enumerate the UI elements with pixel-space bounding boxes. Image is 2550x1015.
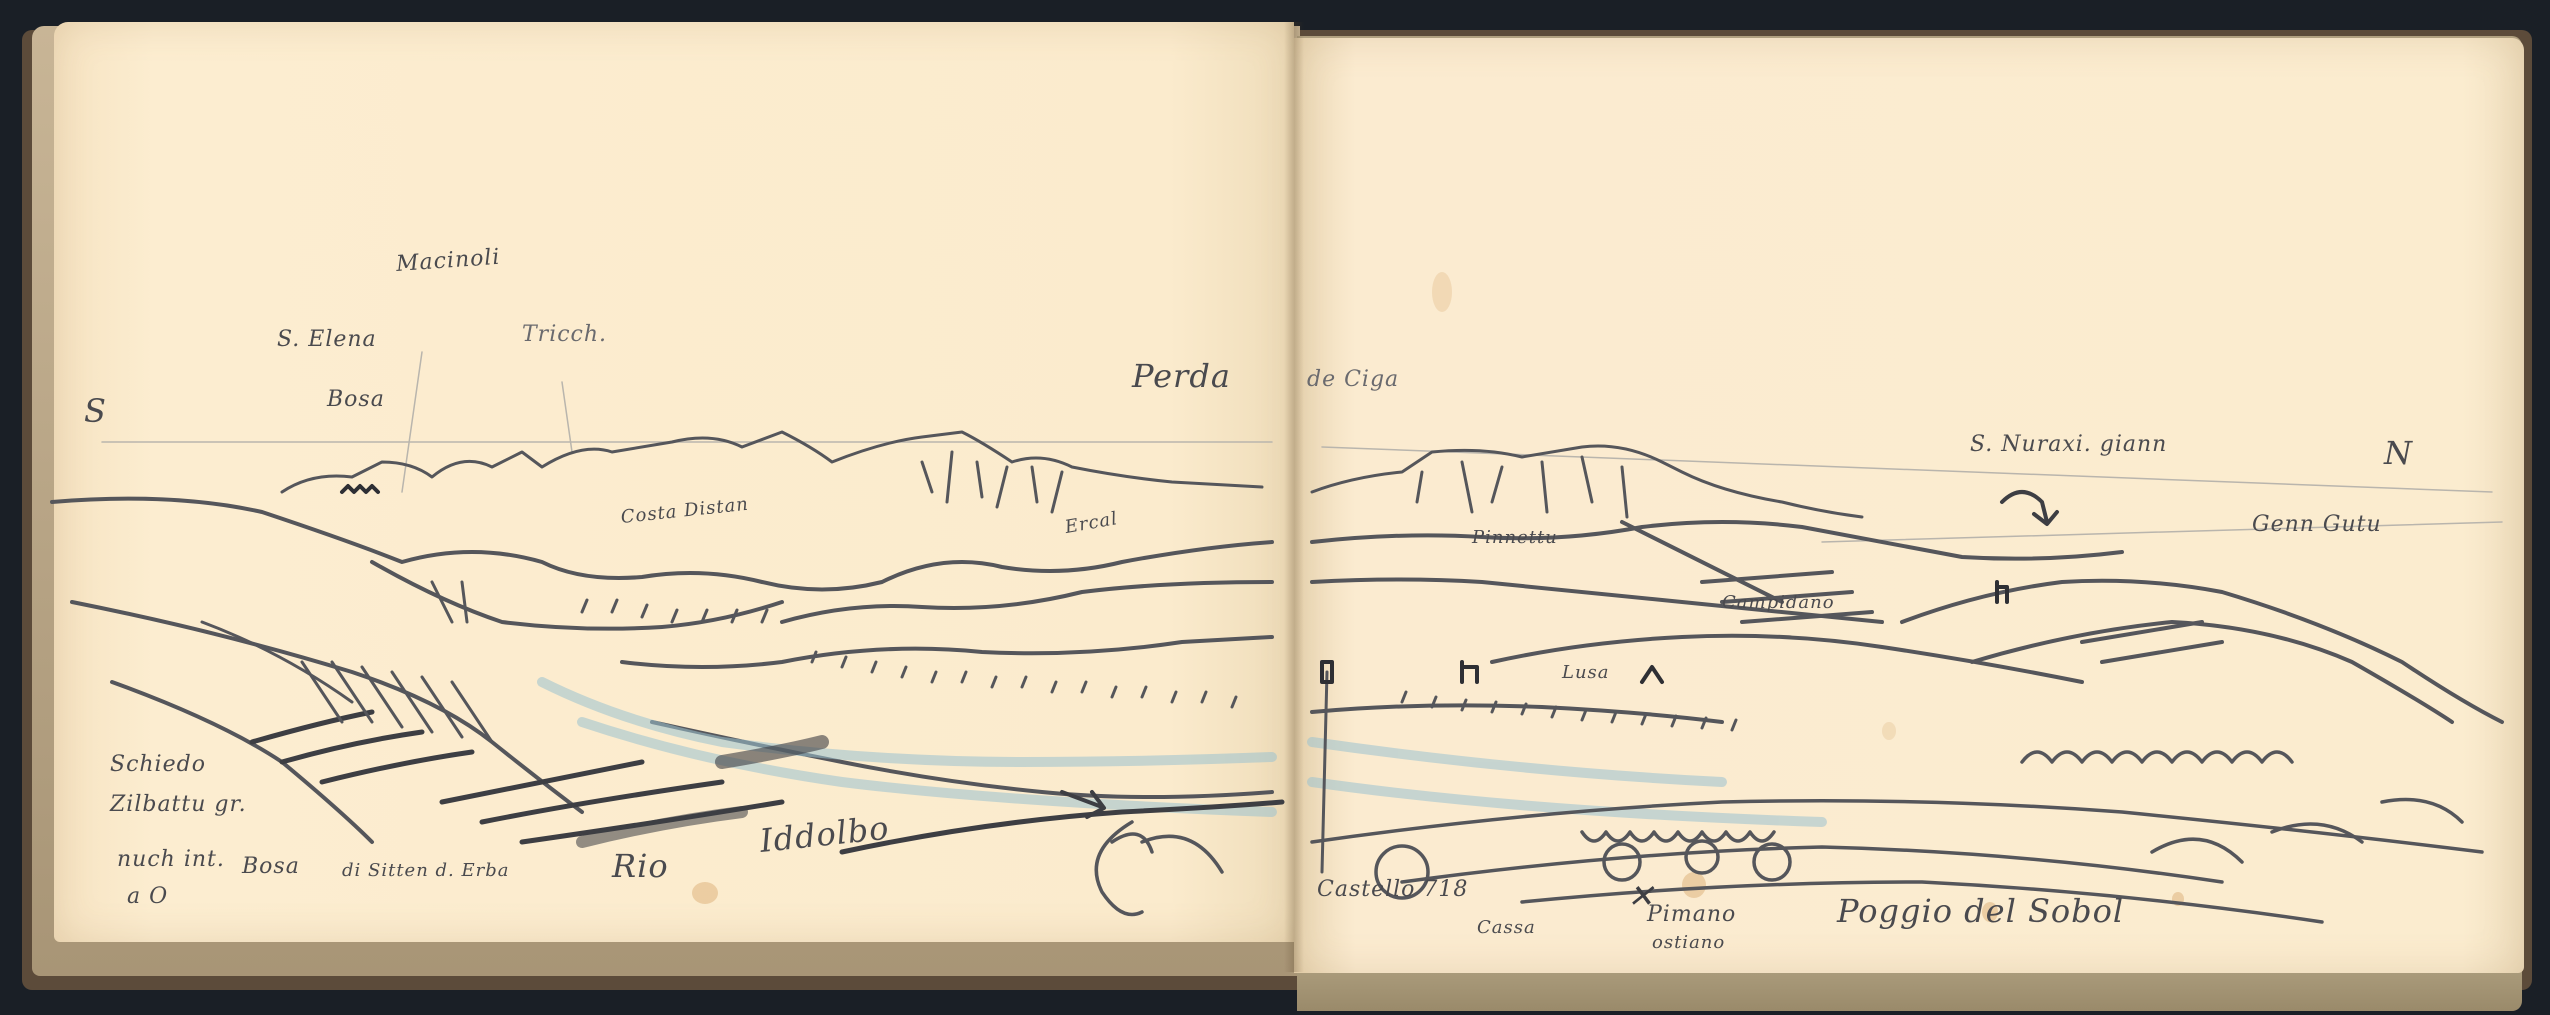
label-zilbattu: Zilbattu gr. [110, 792, 247, 817]
label-pinnettu: Pinnettu [1472, 527, 1558, 548]
label-north: N [2384, 434, 2413, 472]
label-pimano: Pimano [1647, 902, 1736, 927]
label-ostiano: ostiano [1652, 932, 1725, 953]
label-poggio: Poggio del Sobol [1837, 892, 2124, 930]
landscape-sketch [22, 22, 2542, 987]
label-south-mark: S [84, 392, 107, 430]
label-lusa: Lusa [1562, 662, 1610, 683]
label-sittia: di Sitten d. Erba [342, 860, 510, 881]
label-castello: Castello 718 [1317, 877, 1468, 902]
label-campidano: Campidano [1722, 592, 1835, 613]
label-perda: Perda [1132, 357, 1231, 395]
label-gennargentu: Genn Gutu [2252, 512, 2382, 537]
label-a-o: a O [127, 884, 168, 909]
label-rio: Rio [612, 847, 669, 885]
label-tricch: Tricch. [522, 322, 607, 347]
label-s-elena: S. Elena [277, 327, 377, 352]
label-de-ciga: de Ciga [1307, 367, 1399, 392]
label-nuch-int: nuch int. [117, 847, 225, 872]
label-bosa-2: Bosa [242, 854, 300, 879]
label-schiedo: Schiedo [110, 752, 206, 777]
label-bosa: Bosa [327, 387, 385, 412]
label-s-nuraxi: S. Nuraxi. giann [1970, 432, 2167, 457]
cross-mark-icon: ✕ [1627, 877, 1655, 915]
label-cassa: Cassa [1477, 917, 1536, 938]
sketchbook: Macinoli S. Elena Tricch. Bosa S Costa D… [22, 22, 2542, 987]
